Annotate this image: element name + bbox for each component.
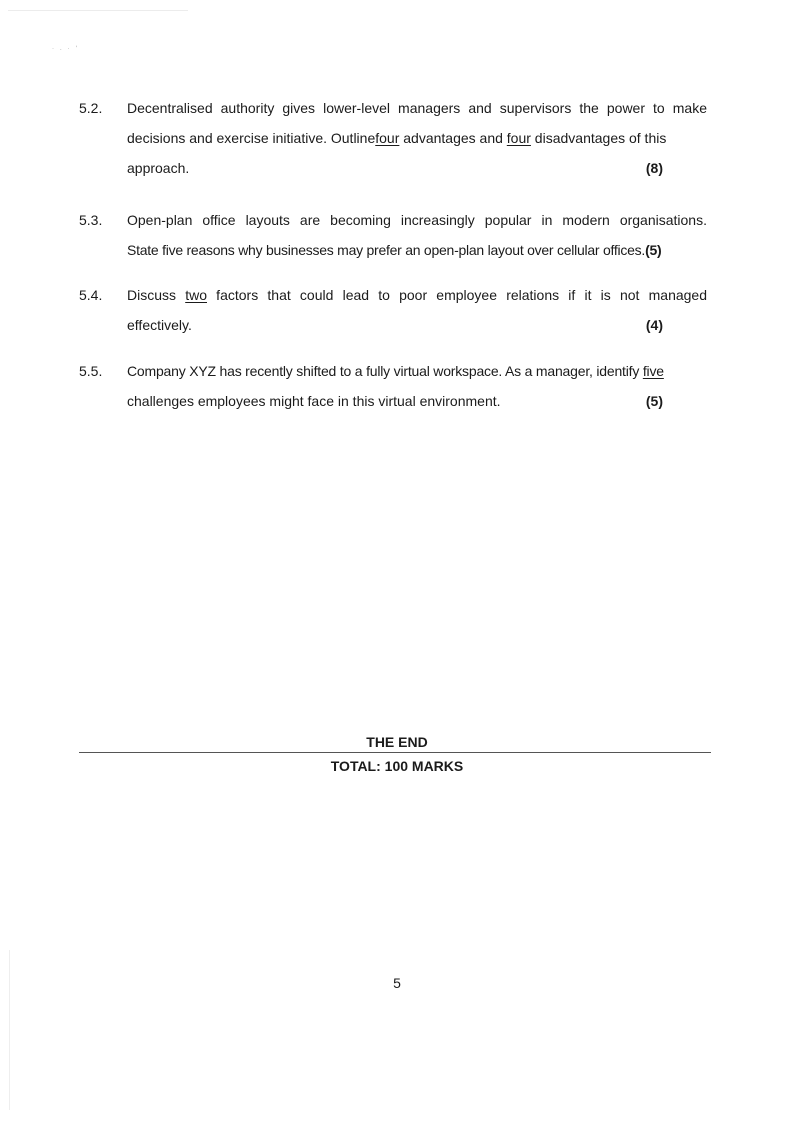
question-number: 5.5. <box>79 356 127 386</box>
emphasis-underline: four <box>375 130 399 146</box>
question-number: 5.2. <box>79 93 127 123</box>
scan-artifact-top <box>8 10 188 11</box>
page-number: 5 <box>0 975 794 991</box>
scan-artifact-left <box>9 950 10 1110</box>
question-number: 5.4. <box>79 280 127 310</box>
marks-allocation: (5) <box>646 386 663 416</box>
question-text: Open-plan office layouts are becoming in… <box>127 205 707 265</box>
end-label: THE END <box>0 734 794 750</box>
question-text: Company XYZ has recently shifted to a fu… <box>127 356 707 416</box>
marks-allocation: (8) <box>646 153 663 183</box>
question-line: approach.(8) <box>127 153 707 183</box>
emphasis-underline: four <box>507 130 531 146</box>
question-line: State five reasons why businesses may pr… <box>127 235 707 265</box>
question-line: challenges employees might face in this … <box>127 386 707 416</box>
question-text: Discuss two factors that could lead to p… <box>127 280 707 340</box>
scan-artifact-dots: ·.·‘ <box>52 46 83 52</box>
question-text: Decentralised authority gives lower-leve… <box>127 93 707 183</box>
total-marks: TOTAL: 100 MARKS <box>0 758 794 774</box>
divider <box>79 752 711 753</box>
marks-allocation: (4) <box>646 310 663 340</box>
question-line: Discuss two factors that could lead to p… <box>127 280 707 310</box>
emphasis-underline: two <box>185 287 207 303</box>
marks-allocation: (5) <box>645 242 661 258</box>
exam-page: ·.·‘ 5.2. Decentralised authority gives … <box>0 0 794 1122</box>
question-number: 5.3. <box>79 205 127 235</box>
question-line: Company XYZ has recently shifted to a fu… <box>127 356 707 386</box>
question-line: effectively.(4) <box>127 310 707 340</box>
question-line: decisions and exercise initiative. Outli… <box>127 123 707 153</box>
question-line: Decentralised authority gives lower-leve… <box>127 93 707 123</box>
question-line: Open-plan office layouts are becoming in… <box>127 205 707 235</box>
emphasis-underline: five <box>643 363 664 379</box>
